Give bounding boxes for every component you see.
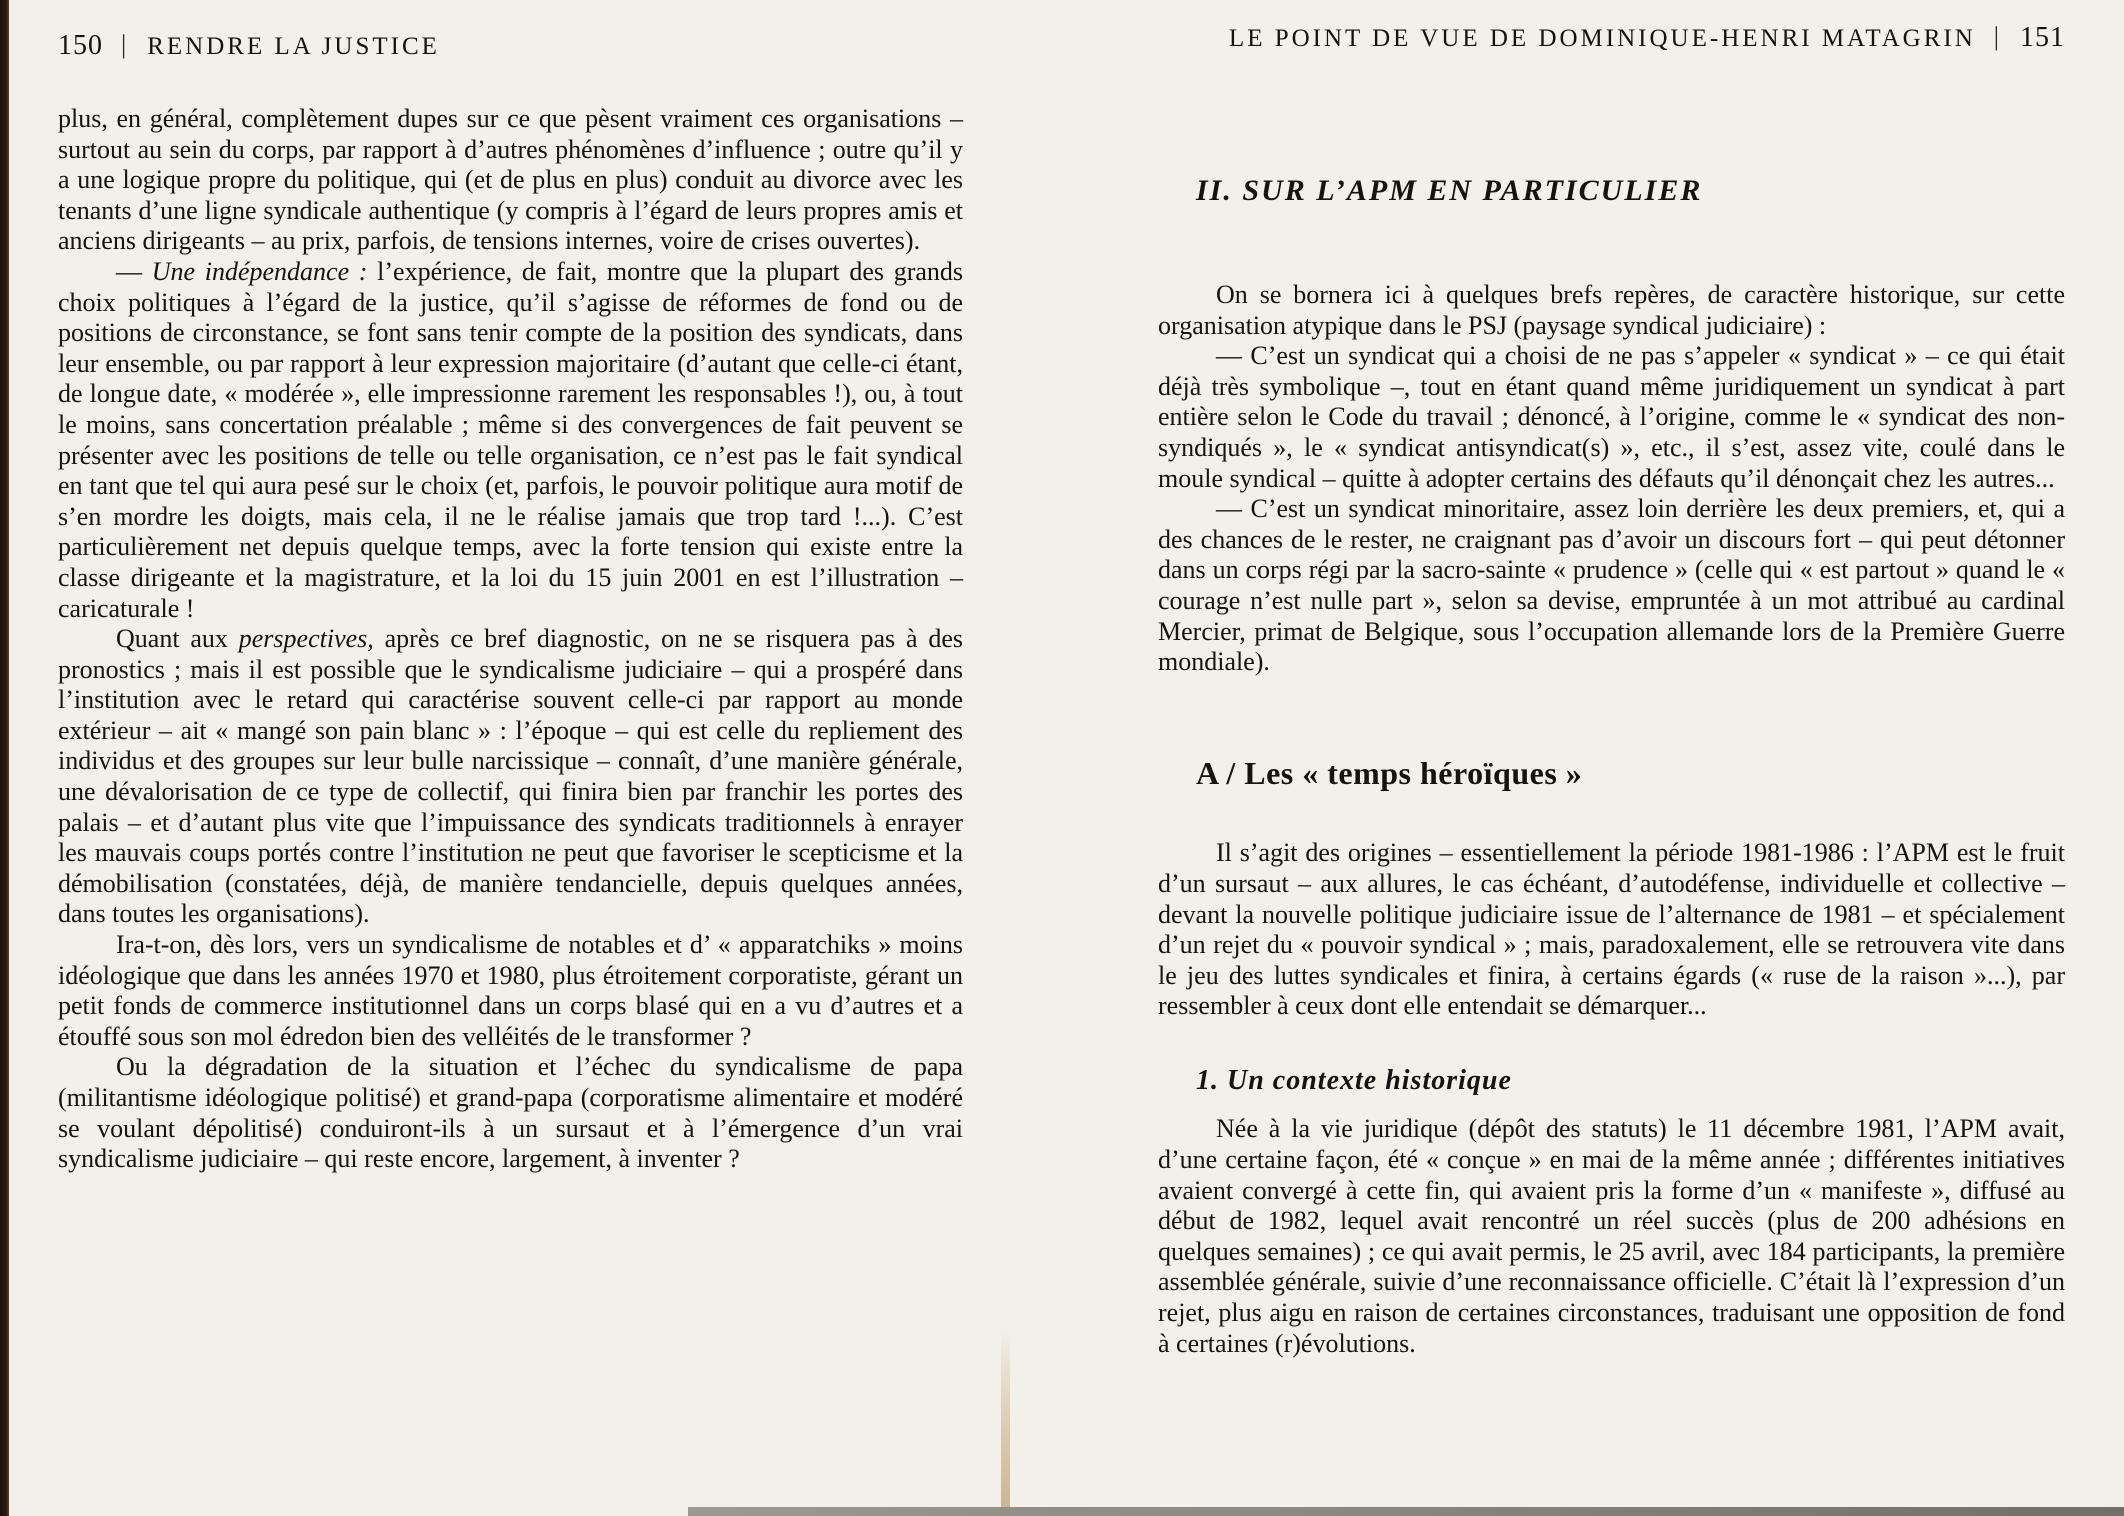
italic-phrase: perspectives, [239,624,374,653]
paragraph: Il s’agit des origines – essentiellement… [1158,838,2065,1022]
paragraph: Quant aux perspectives, après ce bref di… [58,624,963,930]
subsection-heading-a: A / Les « temps héroïques » [1196,758,2065,789]
running-head-separator: | [1994,22,2002,52]
left-running-head: 150 | RENDRE LA JUSTICE [58,30,963,62]
left-page: 150 | RENDRE LA JUSTICE plus, en général… [58,0,963,1175]
paragraph: — Une indépendance : l’expérience, de fa… [58,257,963,624]
paragraph-rest: l’expérience, de fait, montre que la plu… [58,257,963,623]
paragraph: plus, en général, complètement dupes sur… [58,104,963,257]
paragraph-rest: après ce bref diagnostic, on ne se risqu… [58,624,963,928]
right-page-number: 151 [2020,22,2065,54]
page-gutter-shadow [1001,1330,1010,1516]
book-scan-spread: 150 | RENDRE LA JUSTICE plus, en général… [0,0,2124,1516]
right-running-head-title: LE POINT DE VUE DE DOMINIQUE-HENRI MATAG… [1229,25,1976,53]
right-page: LE POINT DE VUE DE DOMINIQUE-HENRI MATAG… [1158,0,2065,1359]
right-text-column: On se bornera ici à quelques brefs repèr… [1158,280,2065,1359]
paragraph-lead: — [116,257,152,286]
paragraph: — C’est un syndicat minoritaire, assez l… [1158,494,2065,678]
scan-bottom-edge [688,1507,2124,1516]
section-heading-ii: II. SUR L’APM EN PARTICULIER [1196,174,2065,208]
left-page-number: 150 [58,30,103,62]
paragraph: Ou la dégradation de la situation et l’é… [58,1052,963,1174]
italic-phrase: Une indépendance : [152,257,368,286]
left-running-head-title: RENDRE LA JUSTICE [147,33,440,61]
paragraph: — C’est un syndicat qui a choisi de ne p… [1158,341,2065,494]
scan-left-edge [0,0,9,1516]
paragraph: Ira-t-on, dès lors, vers un syndicalisme… [58,930,963,1052]
right-running-head: LE POINT DE VUE DE DOMINIQUE-HENRI MATAG… [1158,22,2065,54]
paragraph: Née à la vie juridique (dépôt des statut… [1158,1114,2065,1359]
subsection-heading-1: 1. Un contexte historique [1196,1066,2065,1097]
paragraph: On se bornera ici à quelques brefs repèr… [1158,280,2065,341]
paragraph-lead: Quant aux [116,624,239,653]
left-text-column: plus, en général, complètement dupes sur… [58,104,963,1175]
running-head-separator: | [121,30,129,60]
